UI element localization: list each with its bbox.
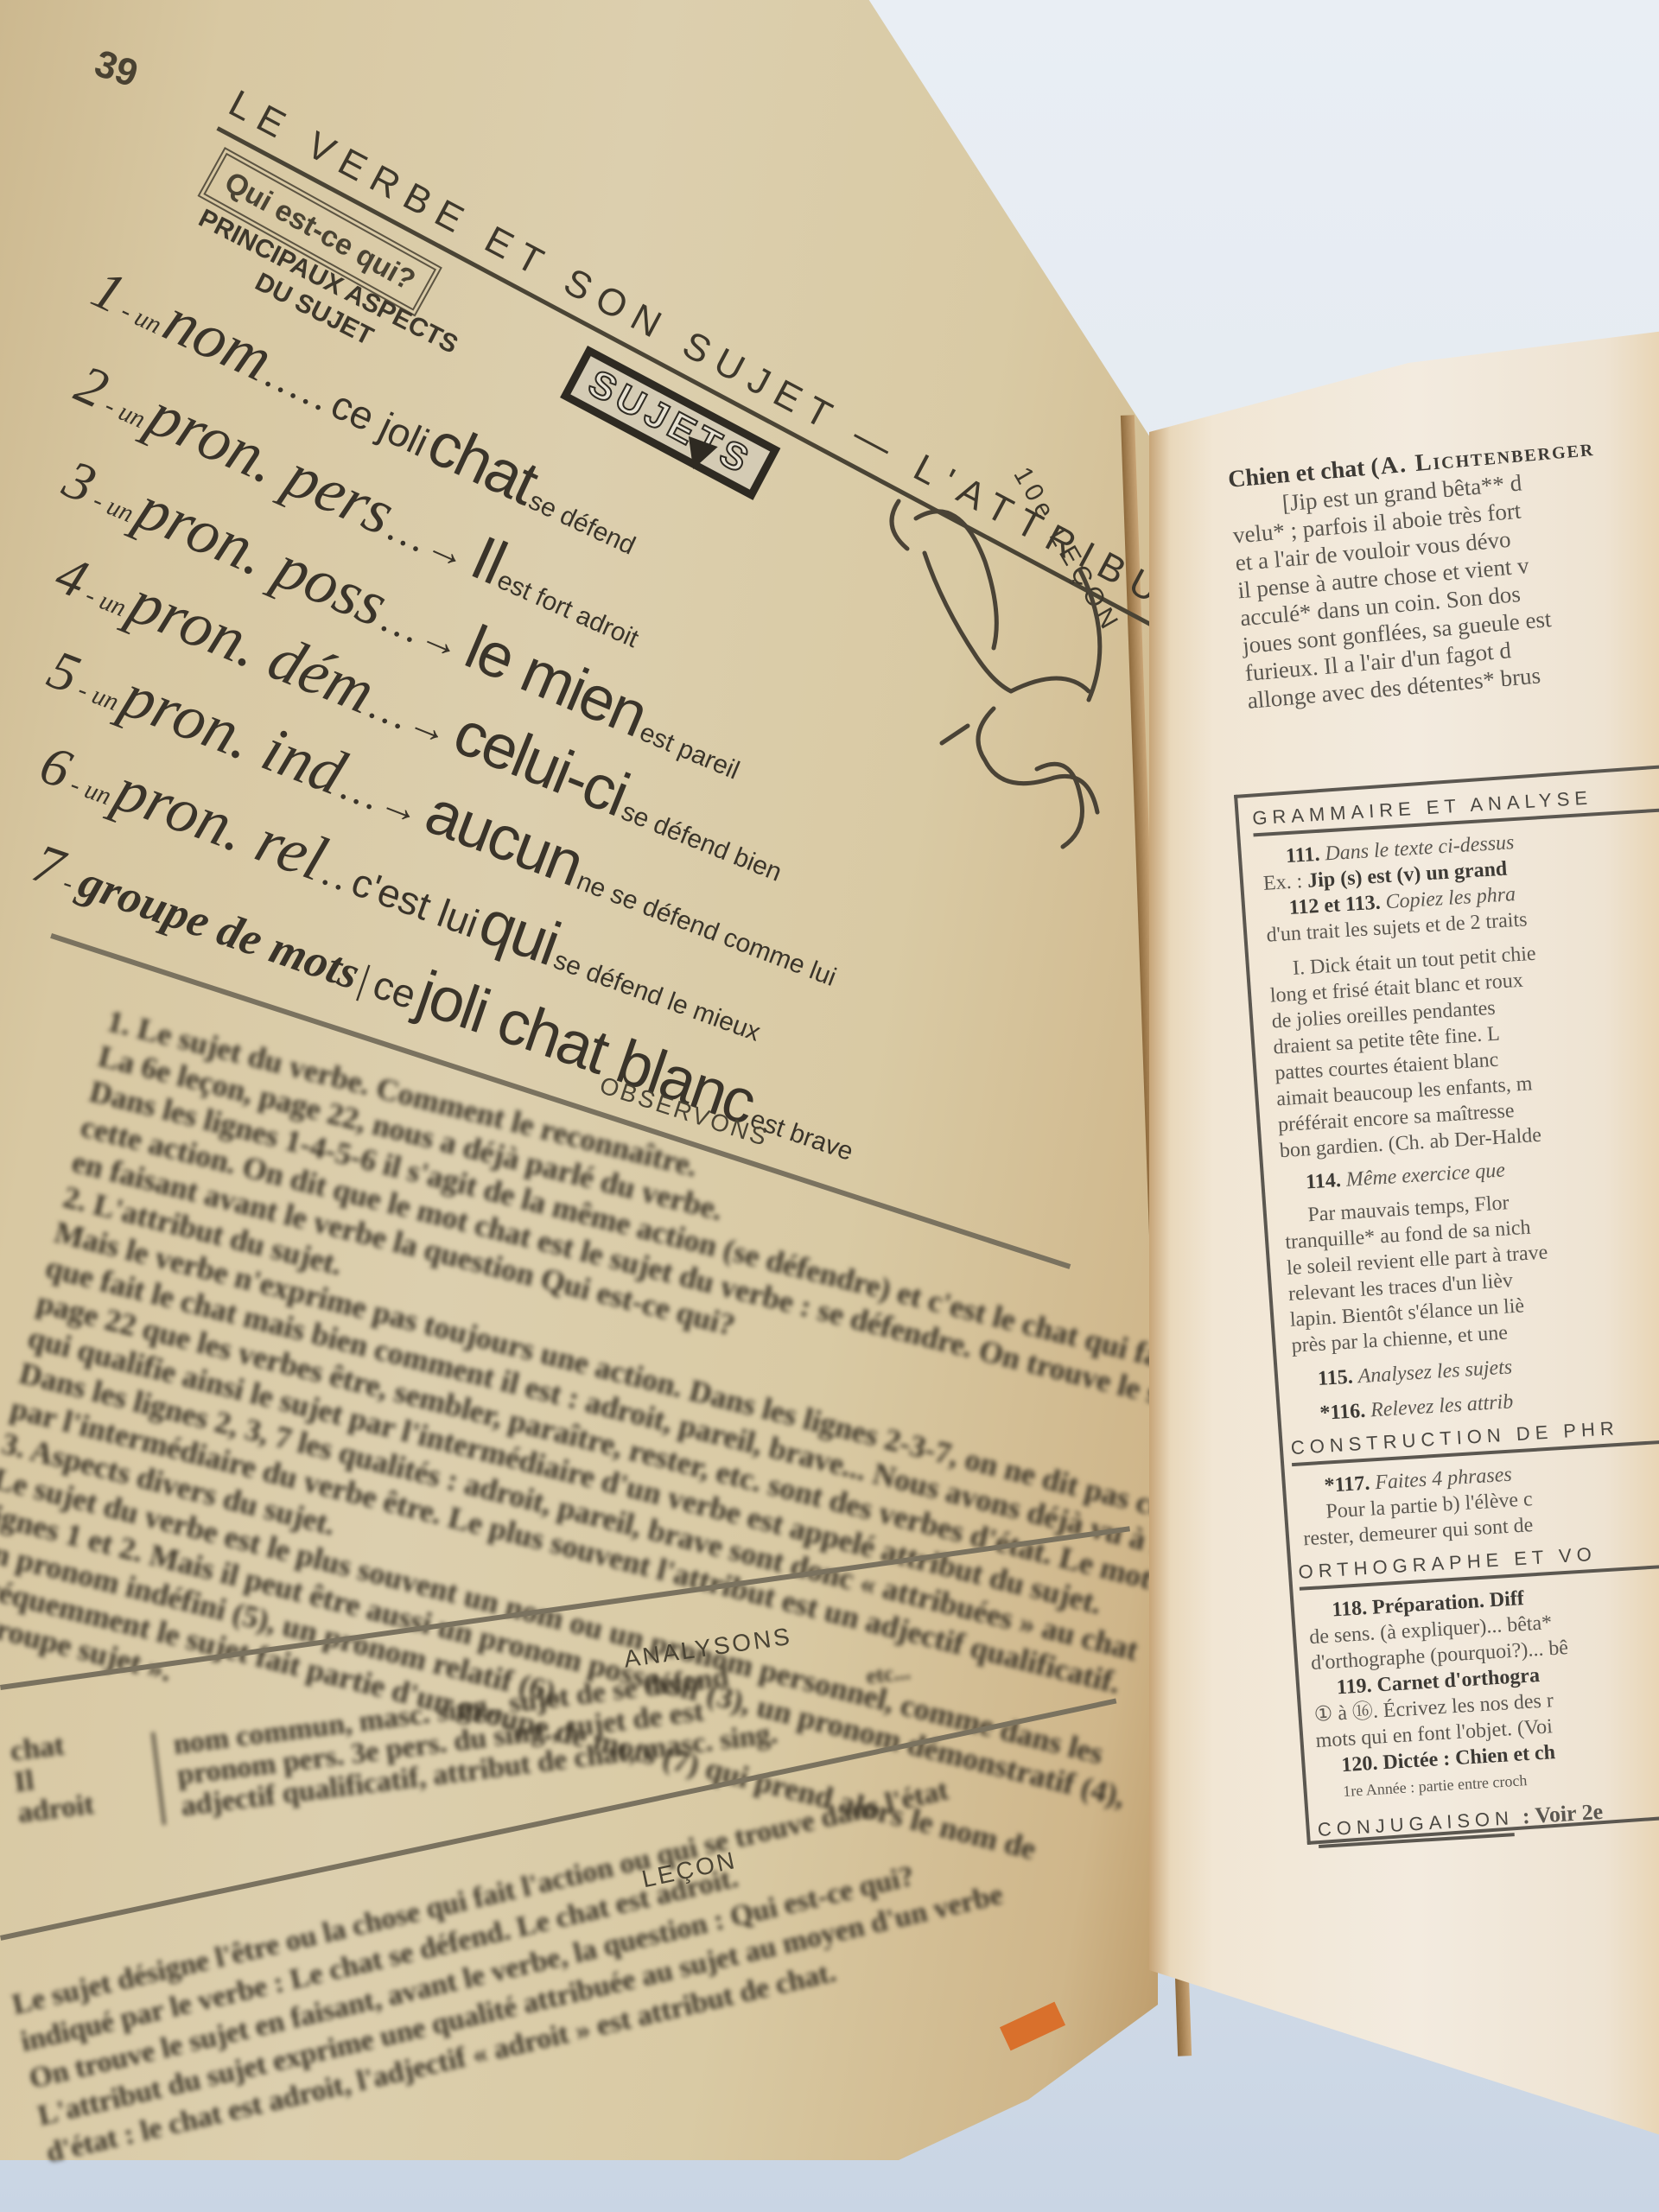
analysons-etc: etc... <box>864 1654 912 1695</box>
cat-illustration <box>864 467 1123 864</box>
reading-passage: Chien et chat (A. Lichtenberger [Jip est… <box>1227 428 1659 715</box>
analysons-words: chat Il adroit <box>9 1727 96 1829</box>
conjugaison-text: : Voir 2e <box>1516 1799 1604 1829</box>
exercises-content: GRAMMAIRE ET ANALYSE 111. Dans le texte … <box>1244 772 1659 1848</box>
